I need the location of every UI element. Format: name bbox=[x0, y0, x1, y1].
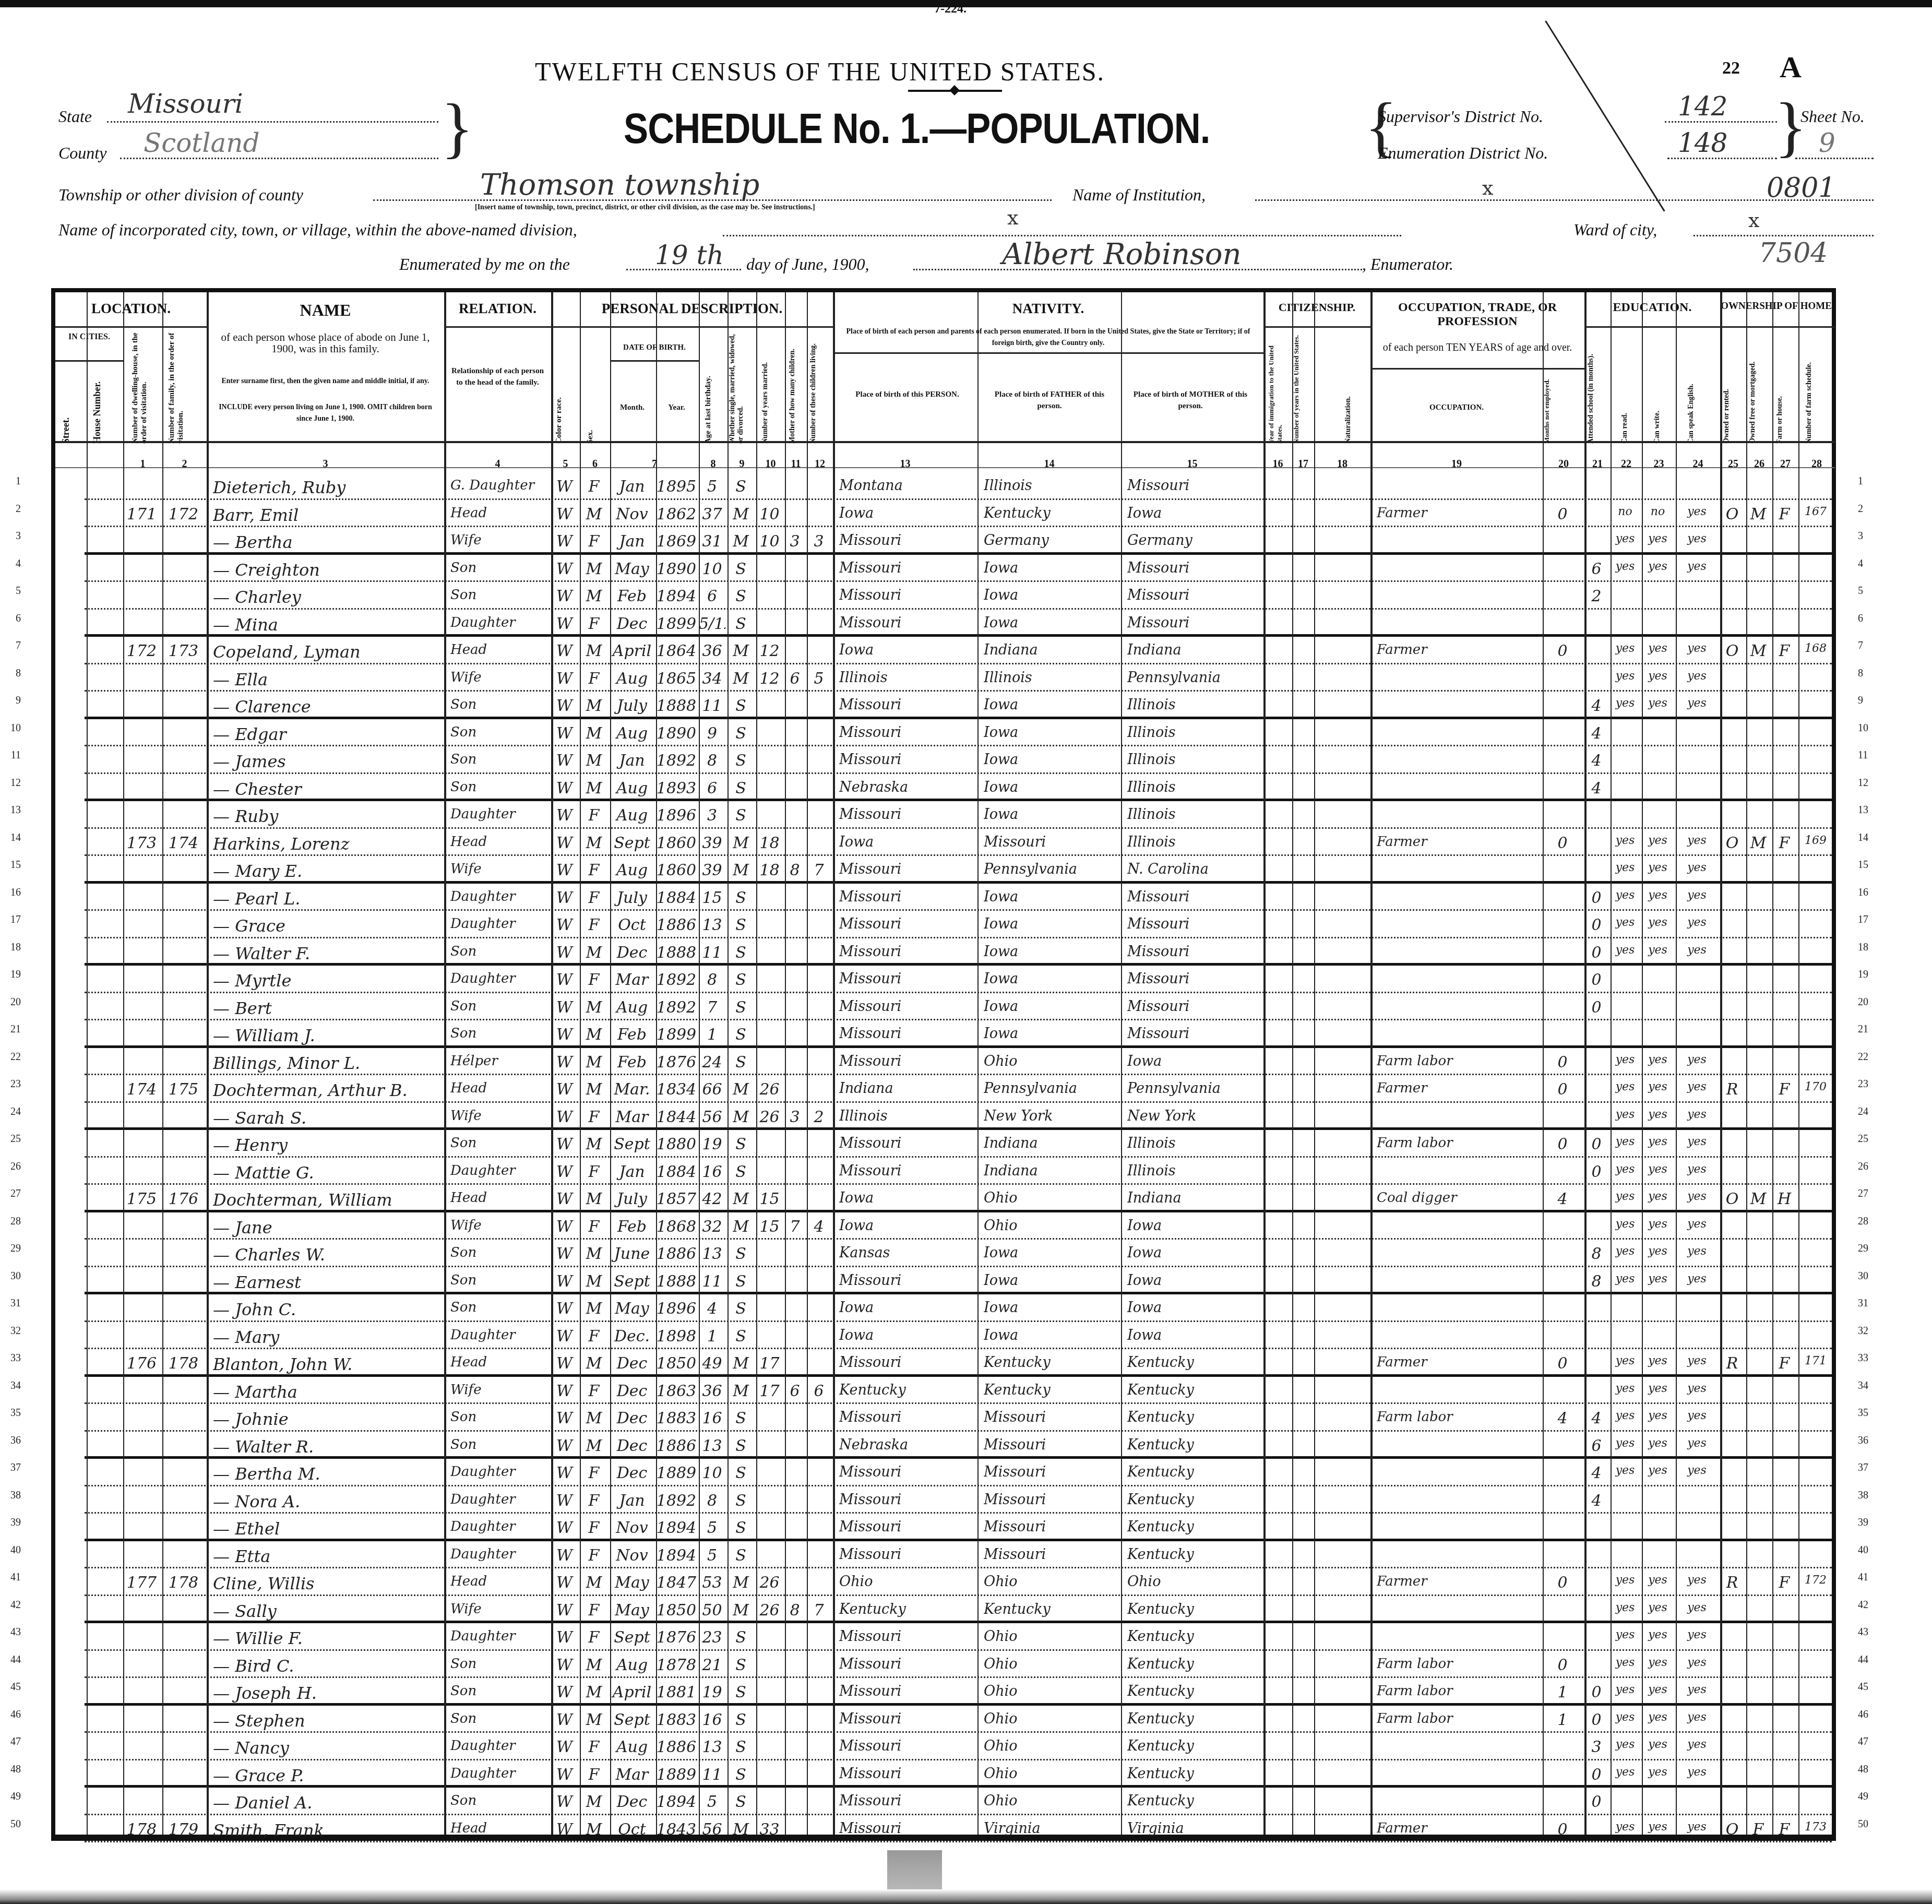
birth-month: Mar bbox=[610, 971, 654, 989]
color-race: W bbox=[551, 889, 578, 907]
birth-year: 1889 bbox=[656, 1464, 697, 1482]
marital-status: S bbox=[728, 615, 754, 633]
color-race: W bbox=[551, 1464, 578, 1482]
birthplace-person: Missouri bbox=[839, 1683, 975, 1699]
can-write: yes bbox=[1642, 642, 1674, 655]
sex: M bbox=[580, 587, 608, 605]
column-number: 21 bbox=[1584, 458, 1611, 470]
months-unemployed: 0 bbox=[1543, 1354, 1582, 1373]
name-description: of each person whose place of abode on J… bbox=[212, 331, 439, 354]
person-name: — Walter F. bbox=[213, 944, 442, 963]
column-number: 6 bbox=[580, 458, 610, 470]
owned-rented-column-label: Owned or rented. bbox=[1723, 350, 1731, 444]
can-read-column-label: Can read. bbox=[1621, 386, 1629, 444]
state-line bbox=[107, 121, 438, 123]
school-months: 0 bbox=[1584, 1766, 1608, 1784]
color-race: W bbox=[551, 806, 578, 825]
line-number-right: 33 bbox=[1858, 1352, 1879, 1364]
can-write: yes bbox=[1642, 1628, 1674, 1641]
years-married: 18 bbox=[756, 834, 783, 852]
title-ornament bbox=[908, 90, 1002, 92]
line-number-left: 4 bbox=[0, 558, 21, 570]
can-read: yes bbox=[1611, 1272, 1640, 1286]
can-read: yes bbox=[1611, 1354, 1640, 1367]
years-married: 12 bbox=[756, 642, 783, 660]
marital-status: S bbox=[728, 1793, 754, 1811]
birth-month: Nov bbox=[610, 1546, 654, 1565]
column-divider bbox=[1642, 292, 1643, 1835]
birthplace-person: Missouri bbox=[839, 861, 975, 877]
can-read: yes bbox=[1611, 1766, 1640, 1779]
birthplace-father: Missouri bbox=[984, 1546, 1119, 1563]
children-living: 3 bbox=[807, 532, 831, 551]
mother-of-children: 6 bbox=[785, 670, 805, 688]
column-divider bbox=[1370, 292, 1373, 1835]
birth-month: Mar. bbox=[610, 1080, 654, 1099]
age: 5 bbox=[699, 1519, 725, 1537]
line-number-right: 28 bbox=[1858, 1216, 1879, 1228]
column-divider bbox=[656, 292, 657, 1835]
birthplace-mother: Kentucky bbox=[1127, 1601, 1261, 1617]
color-race: W bbox=[551, 1628, 578, 1647]
person-name: Dochterman, Arthur B. bbox=[213, 1080, 442, 1100]
birth-year: 1896 bbox=[656, 806, 697, 825]
enumerator-label: , Enumerator. bbox=[1362, 255, 1453, 274]
state-value: Missouri bbox=[128, 89, 243, 119]
marital-status: M bbox=[728, 1382, 754, 1400]
birthplace-father: Kentucky bbox=[984, 1601, 1119, 1617]
birthplace-mother: Ohio bbox=[1127, 1574, 1261, 1590]
relation: Daughter bbox=[450, 1492, 549, 1507]
column-number: 10 bbox=[756, 458, 785, 470]
line-number-right: 41 bbox=[1858, 1572, 1879, 1584]
age: 5 bbox=[699, 478, 725, 496]
sex: M bbox=[580, 1245, 608, 1263]
color-race: W bbox=[551, 779, 578, 798]
relation: Daughter bbox=[450, 1738, 549, 1754]
marital-status: S bbox=[728, 1738, 754, 1756]
school-months: 0 bbox=[1584, 1683, 1608, 1701]
birthplace-father: New York bbox=[984, 1108, 1119, 1124]
column-divider bbox=[807, 292, 808, 1835]
birthplace-father: Pennsylvania bbox=[984, 1080, 1119, 1097]
line-number-left: 7 bbox=[0, 640, 21, 652]
line-number-left: 9 bbox=[0, 695, 21, 707]
birthplace-mother: Illinois bbox=[1127, 834, 1261, 850]
birthplace-mother: N. Carolina bbox=[1127, 861, 1261, 877]
sex: F bbox=[580, 1546, 608, 1565]
marital-status: S bbox=[728, 1272, 754, 1291]
birth-year: 1869 bbox=[656, 532, 697, 551]
in-cities-subheading: IN CITIES. bbox=[55, 331, 123, 343]
person-name: — Charley bbox=[213, 587, 442, 607]
line-number-right: 27 bbox=[1858, 1188, 1879, 1200]
birthplace-person: Iowa bbox=[839, 1190, 975, 1206]
relation: Son bbox=[450, 944, 549, 959]
can-write: yes bbox=[1642, 1135, 1674, 1148]
line-number-right: 1 bbox=[1858, 475, 1879, 487]
sex: F bbox=[580, 1464, 608, 1482]
birthplace-mother: Illinois bbox=[1127, 1163, 1261, 1179]
enumerator-signature: Albert Robinson bbox=[1002, 237, 1242, 271]
education-heading: EDUCATION. bbox=[1584, 301, 1720, 315]
township-note: [Insert name of township, town, precinct… bbox=[475, 204, 815, 212]
birthplace-person: Iowa bbox=[839, 642, 975, 658]
occupation: Farm labor bbox=[1377, 1683, 1541, 1699]
line-number-left: 30 bbox=[0, 1270, 21, 1282]
birthplace-father: Indiana bbox=[984, 642, 1119, 658]
can-read: yes bbox=[1611, 1190, 1640, 1203]
column-divider bbox=[1798, 292, 1799, 1835]
column-divider bbox=[833, 292, 835, 1835]
occupation: Farm labor bbox=[1377, 1053, 1541, 1069]
birthplace-mother: Iowa bbox=[1127, 1218, 1261, 1234]
months-unemployed-column-label: Months not employed. bbox=[1543, 376, 1564, 444]
age: 37 bbox=[699, 505, 725, 523]
birthplace-father: Iowa bbox=[984, 560, 1119, 576]
birth-year: 1883 bbox=[656, 1409, 697, 1427]
birth-month: June bbox=[610, 1245, 654, 1263]
sex: M bbox=[580, 560, 608, 578]
table-row: — Mary E.WifeWFAug186039M1887MissouriPen… bbox=[55, 856, 1832, 884]
occupation: Farmer bbox=[1377, 1354, 1541, 1370]
can-speak-english: yes bbox=[1676, 1354, 1718, 1367]
census-title: TWELFTH CENSUS OF THE UNITED STATES. bbox=[0, 56, 1932, 87]
color-race: W bbox=[551, 1382, 578, 1400]
relation: Daughter bbox=[450, 1628, 549, 1644]
column-number: 22 bbox=[1611, 458, 1642, 470]
can-read: yes bbox=[1611, 1628, 1640, 1641]
can-speak-english: yes bbox=[1676, 1218, 1718, 1231]
children-living: 2 bbox=[807, 1108, 831, 1126]
table-row: — EthelDaughterWFNov18945SMissouriMissou… bbox=[55, 1514, 1832, 1541]
sex: M bbox=[580, 998, 608, 1017]
birthplace-person: Illinois bbox=[839, 670, 975, 686]
institution-code: 0801 bbox=[1767, 172, 1835, 204]
years-married: 26 bbox=[756, 1080, 783, 1099]
family-number: 173 bbox=[162, 642, 205, 660]
birthplace-father: Ohio bbox=[984, 1628, 1119, 1645]
sex: F bbox=[580, 1382, 608, 1400]
table-row: — Charles W.SonWMJune188613SKansasIowaIo… bbox=[55, 1240, 1832, 1267]
farm-schedule-number: 172 bbox=[1798, 1574, 1833, 1587]
column-divider bbox=[699, 292, 700, 1835]
table-row: 177178Cline, WillisHeadWMMay184753M26Ohi… bbox=[55, 1568, 1832, 1596]
occupation-subheading: OCCUPATION. bbox=[1376, 402, 1537, 413]
enumeration-district-label: Enumeration District No. bbox=[1378, 144, 1548, 163]
age: 9 bbox=[699, 724, 725, 743]
birthplace-person: Illinois bbox=[839, 1108, 975, 1124]
sex: M bbox=[580, 1300, 608, 1318]
farm-house: H bbox=[1772, 1190, 1796, 1208]
relation: Daughter bbox=[450, 971, 549, 986]
school-months: 8 bbox=[1584, 1245, 1608, 1263]
birthplace-mother: Missouri bbox=[1127, 944, 1261, 960]
sex: M bbox=[580, 1190, 608, 1208]
birth-month: Aug bbox=[610, 1738, 654, 1756]
birthplace-person: Missouri bbox=[839, 587, 975, 603]
table-row: — ChesterSonWMAug18936SNebraskaIowaIllin… bbox=[55, 774, 1832, 802]
age: 16 bbox=[699, 1163, 725, 1181]
can-read: yes bbox=[1611, 1245, 1640, 1258]
color-race: W bbox=[551, 697, 578, 715]
marital-status: M bbox=[728, 1820, 754, 1839]
line-number-left: 35 bbox=[0, 1407, 21, 1419]
color-race: W bbox=[551, 642, 578, 660]
can-write-column-label: Can write. bbox=[1653, 386, 1662, 444]
birth-month: Dec bbox=[610, 615, 654, 633]
school-months: 0 bbox=[1584, 1135, 1608, 1153]
line-number-right: 19 bbox=[1858, 969, 1879, 981]
birthplace-father: Iowa bbox=[984, 1026, 1119, 1042]
person-name: — Johnie bbox=[213, 1409, 442, 1429]
dwelling-number: 171 bbox=[123, 505, 160, 523]
line-number-left: 18 bbox=[0, 942, 21, 954]
can-read: yes bbox=[1611, 834, 1640, 847]
year-subheading: Year. bbox=[654, 402, 699, 413]
birth-year: 1880 bbox=[656, 1135, 697, 1153]
birth-month: Dec bbox=[610, 1354, 654, 1373]
age: 6 bbox=[699, 587, 725, 605]
relation: Wife bbox=[450, 532, 549, 548]
can-speak-english: yes bbox=[1676, 1135, 1718, 1148]
column-divider bbox=[87, 292, 88, 1835]
marital-status: S bbox=[728, 560, 754, 578]
free-mortgaged: M bbox=[1746, 1190, 1770, 1208]
marital-status: M bbox=[728, 532, 754, 551]
marital-status: S bbox=[728, 1053, 754, 1072]
birthplace-father: Iowa bbox=[984, 1272, 1119, 1289]
birthplace-person: Missouri bbox=[839, 1026, 975, 1042]
dwelling-number: 175 bbox=[123, 1190, 160, 1208]
can-write: yes bbox=[1642, 1409, 1674, 1422]
birthplace-father: Missouri bbox=[984, 1437, 1119, 1453]
sex: M bbox=[580, 1437, 608, 1455]
free-mortgaged: F bbox=[1746, 1820, 1770, 1839]
can-read: yes bbox=[1611, 1080, 1640, 1093]
birthplace-father: Kentucky bbox=[984, 505, 1119, 521]
relation: Son bbox=[450, 752, 549, 767]
age: 19 bbox=[699, 1135, 725, 1153]
birthplace-mother: Missouri bbox=[1127, 916, 1261, 932]
line-number-right: 34 bbox=[1858, 1380, 1879, 1392]
school-months: 3 bbox=[1584, 1738, 1608, 1756]
age: 1 bbox=[699, 1026, 725, 1044]
column-number: 7 bbox=[610, 458, 699, 470]
line-number-right: 4 bbox=[1858, 558, 1879, 570]
can-speak-english: yes bbox=[1676, 1272, 1718, 1286]
relation: Son bbox=[450, 779, 549, 795]
birthplace-mother: Illinois bbox=[1127, 1135, 1261, 1151]
birth-father-subheading: Place of birth of FATHER of this person. bbox=[982, 389, 1117, 412]
school-months: 4 bbox=[1584, 1409, 1608, 1427]
mother-of-children: 7 bbox=[785, 1218, 805, 1236]
birthplace-mother: Kentucky bbox=[1127, 1437, 1261, 1453]
county-label: County bbox=[58, 144, 106, 163]
enumerated-prefix: Enumerated by me on the bbox=[399, 255, 570, 274]
relation: Head bbox=[450, 834, 549, 850]
birthplace-person: Missouri bbox=[839, 889, 975, 905]
can-read: yes bbox=[1611, 697, 1640, 710]
birthplace-person: Missouri bbox=[839, 1464, 975, 1480]
birth-month: Aug bbox=[610, 806, 654, 825]
relation: Son bbox=[450, 697, 549, 712]
school-months: 4 bbox=[1584, 1464, 1608, 1482]
can-write: yes bbox=[1642, 1464, 1674, 1477]
relation: Son bbox=[450, 1711, 549, 1727]
birth-month: Oct bbox=[610, 916, 654, 934]
birth-year: 1884 bbox=[656, 1163, 697, 1181]
column-number: 17 bbox=[1292, 458, 1314, 470]
column-number: 3 bbox=[207, 458, 444, 470]
birth-month: May bbox=[610, 1574, 654, 1592]
birthplace-father: Ohio bbox=[984, 1053, 1119, 1069]
birthplace-mother: Missouri bbox=[1127, 560, 1261, 576]
can-read: yes bbox=[1611, 1683, 1640, 1696]
color-race: W bbox=[551, 1218, 578, 1236]
color-race: W bbox=[551, 1574, 578, 1592]
birthplace-person: Missouri bbox=[839, 1546, 975, 1563]
line-number-right: 29 bbox=[1858, 1243, 1879, 1255]
can-write: yes bbox=[1642, 532, 1674, 545]
line-number-left: 26 bbox=[0, 1161, 21, 1173]
birth-year: 1886 bbox=[656, 916, 697, 934]
relation-heading: RELATION. bbox=[444, 301, 551, 317]
months-unemployed: 4 bbox=[1543, 1190, 1582, 1208]
color-race: W bbox=[551, 1683, 578, 1701]
birthplace-mother: Kentucky bbox=[1127, 1492, 1261, 1508]
birthplace-father: Iowa bbox=[984, 916, 1119, 932]
months-unemployed: 0 bbox=[1543, 642, 1582, 660]
farm-house: F bbox=[1772, 642, 1796, 660]
can-speak-english: yes bbox=[1676, 1190, 1718, 1203]
column-divider bbox=[756, 292, 757, 1835]
years-married: 15 bbox=[756, 1190, 783, 1208]
relation: Head bbox=[450, 505, 549, 521]
table-row: — EdgarSonWMAug18909SMissouriIowaIllinoi… bbox=[55, 719, 1832, 747]
person-name: — Chester bbox=[213, 779, 442, 799]
school-months: 4 bbox=[1584, 752, 1608, 770]
relation: Wife bbox=[450, 861, 549, 877]
sex: M bbox=[580, 944, 608, 962]
can-read: yes bbox=[1611, 944, 1640, 957]
column-divider bbox=[1584, 292, 1587, 1835]
marital-status: S bbox=[728, 1656, 754, 1674]
birthplace-father: Iowa bbox=[984, 806, 1119, 823]
birth-year: 1894 bbox=[656, 587, 697, 605]
line-number-left: 28 bbox=[0, 1216, 21, 1228]
relation: Wife bbox=[450, 670, 549, 685]
age: 8 bbox=[699, 752, 725, 770]
table-row: — Sarah S.WifeWFMar184456M2632IllinoisNe… bbox=[55, 1103, 1832, 1130]
birth-month: Aug bbox=[610, 861, 654, 879]
dwelling-number: 174 bbox=[123, 1080, 160, 1099]
can-read: yes bbox=[1611, 1409, 1640, 1422]
county-value: Scotland bbox=[144, 128, 259, 158]
relation: Son bbox=[450, 998, 549, 1014]
school-months: 6 bbox=[1584, 560, 1608, 578]
table-row: — Willie F.DaughterWFSept187623SMissouri… bbox=[55, 1623, 1832, 1651]
relation: Son bbox=[450, 1437, 549, 1453]
line-number-right: 24 bbox=[1858, 1106, 1879, 1118]
person-name: — Bertha bbox=[213, 532, 442, 552]
can-write: yes bbox=[1642, 560, 1674, 573]
birthplace-person: Missouri bbox=[839, 697, 975, 713]
person-name: — Stephen bbox=[213, 1711, 442, 1731]
free-mortgaged-column-label: Owned free or mortgaged. bbox=[1749, 318, 1757, 444]
birth-year: 1888 bbox=[656, 944, 697, 962]
school-months: 6 bbox=[1584, 1437, 1608, 1455]
owned-rented: R bbox=[1720, 1080, 1744, 1099]
family-number: 172 bbox=[162, 505, 205, 523]
marital-status: S bbox=[728, 1683, 754, 1701]
sex: M bbox=[580, 724, 608, 743]
line-number-left: 24 bbox=[0, 1106, 21, 1118]
can-speak-english: yes bbox=[1676, 1163, 1718, 1176]
line-number-left: 16 bbox=[0, 887, 21, 899]
sex: F bbox=[580, 1163, 608, 1181]
sex: M bbox=[580, 1135, 608, 1153]
can-read: yes bbox=[1611, 889, 1640, 902]
pen-stroke-mark bbox=[1545, 20, 1665, 211]
birth-month: Oct bbox=[610, 1820, 654, 1839]
birthplace-person: Missouri bbox=[839, 916, 975, 932]
person-name: — Martha bbox=[213, 1382, 442, 1402]
birth-year: 1892 bbox=[656, 998, 697, 1017]
age: 13 bbox=[699, 1738, 725, 1756]
birthplace-mother: Missouri bbox=[1127, 478, 1261, 494]
birthplace-father: Ohio bbox=[984, 1738, 1119, 1754]
occupation: Farmer bbox=[1377, 834, 1541, 850]
sex-column-label: Sex. bbox=[586, 418, 595, 444]
color-race: W bbox=[551, 1409, 578, 1427]
marital-status: M bbox=[728, 1574, 754, 1592]
relation: Son bbox=[450, 1300, 549, 1315]
column-divider bbox=[1720, 292, 1722, 1835]
birth-month: Aug bbox=[610, 670, 654, 688]
birth-month: July bbox=[610, 697, 654, 715]
birth-year: 1863 bbox=[656, 1382, 697, 1400]
marital-status: S bbox=[728, 1245, 754, 1263]
age: 15 bbox=[699, 889, 725, 907]
relation: Son bbox=[450, 1683, 549, 1699]
occupation: Farm labor bbox=[1377, 1711, 1541, 1727]
birthplace-person: Iowa bbox=[839, 1327, 975, 1343]
can-read: yes bbox=[1611, 1464, 1640, 1477]
birthplace-father: Missouri bbox=[984, 1409, 1119, 1425]
age: 16 bbox=[699, 1409, 725, 1427]
birth-year: 1883 bbox=[656, 1711, 697, 1729]
color-race: W bbox=[551, 1738, 578, 1756]
birth-year: 1899 bbox=[656, 615, 697, 633]
school-months: 0 bbox=[1584, 1163, 1608, 1181]
birth-year: 1878 bbox=[656, 1656, 697, 1674]
birthplace-person: Missouri bbox=[839, 944, 975, 960]
line-number-left: 12 bbox=[0, 777, 21, 789]
can-speak-english: yes bbox=[1676, 861, 1718, 874]
color-race: W bbox=[551, 505, 578, 523]
form-number: 7-224. bbox=[934, 2, 967, 16]
column-divider bbox=[1611, 292, 1612, 1835]
ownership-heading: OWNERSHIP OF HOME. bbox=[1720, 301, 1835, 312]
relation: Son bbox=[450, 1793, 549, 1808]
color-race: W bbox=[551, 1601, 578, 1620]
birthplace-mother: Kentucky bbox=[1127, 1683, 1261, 1699]
relation: Son bbox=[450, 587, 549, 603]
birthplace-person: Missouri bbox=[839, 1354, 975, 1371]
table-row: 176178Blanton, John W.HeadWMDec185049M17… bbox=[55, 1349, 1832, 1377]
line-number-right: 39 bbox=[1858, 1517, 1879, 1529]
